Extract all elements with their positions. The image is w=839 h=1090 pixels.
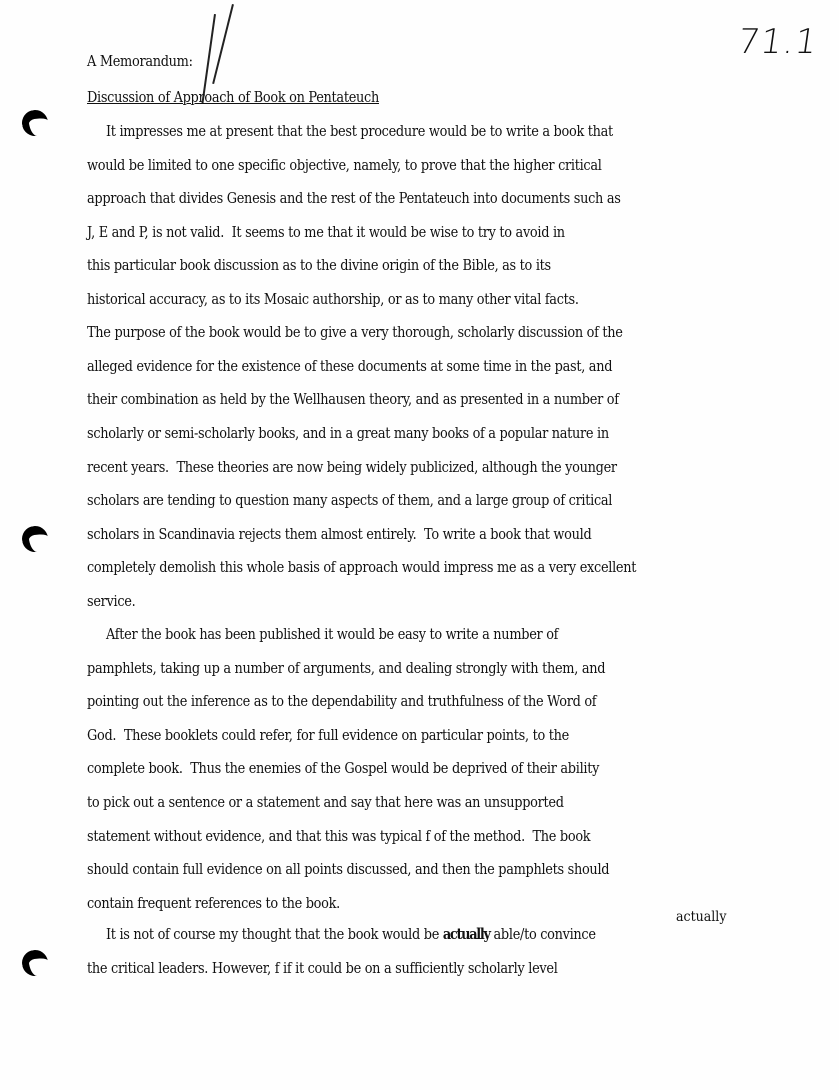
- body-line: God. These booklets could refer, for ful…: [87, 726, 569, 744]
- body-line: It impresses me at present that the best…: [87, 122, 613, 140]
- text-run: able/to convince: [490, 925, 596, 943]
- body-line: statement without evidence, and that thi…: [87, 827, 590, 845]
- body-line: contain frequent references to the book.: [87, 894, 340, 912]
- body-line: to pick out a sentence or a statement an…: [87, 793, 564, 811]
- hole-punch-mark: [20, 108, 50, 138]
- body-line: scholars are tending to question many as…: [87, 491, 612, 509]
- hole-punch-mark: [20, 948, 50, 978]
- body-line: complete book. Thus the enemies of the G…: [87, 759, 599, 777]
- body-line: the critical leaders. However, f if it c…: [87, 959, 558, 977]
- body-line: should contain full evidence on all poin…: [87, 860, 609, 878]
- text-run: It is not of course my thought that the …: [87, 925, 443, 943]
- body-line: pointing out the inference as to the dep…: [87, 692, 596, 710]
- body-line: approach that divides Genesis and the re…: [87, 189, 621, 207]
- body-line: pamphlets, taking up a number of argumen…: [87, 659, 605, 677]
- body-line: It is not of course my thought that the …: [87, 925, 596, 943]
- memo-header: A Memorandum:: [87, 52, 193, 70]
- hole-punch-mark: [20, 524, 50, 554]
- memo-title: Discussion of Approach of Book on Pentat…: [87, 88, 379, 106]
- body-line: J, E and P, is not valid. It seems to me…: [87, 223, 565, 241]
- body-line: historical accuracy, as to its Mosaic au…: [87, 290, 579, 308]
- body-line: would be limited to one specific objecti…: [87, 156, 602, 174]
- body-line: this particular book discussion as to th…: [87, 256, 551, 274]
- body-line: After the book has been published it wou…: [87, 625, 558, 643]
- memorandum-page: 71.1 A Memorandum: Discussion of Approac…: [0, 0, 839, 1090]
- handwritten-insert: actually: [676, 909, 726, 925]
- body-line: their combination as held by the Wellhau…: [87, 390, 619, 408]
- struck-word: actually: [443, 925, 490, 943]
- body-line: scholars in Scandinavia rejects them alm…: [87, 525, 591, 543]
- body-line: The purpose of the book would be to give…: [87, 323, 623, 341]
- body-line: completely demolish this whole basis of …: [87, 558, 636, 576]
- body-line: scholarly or semi-scholarly books, and i…: [87, 424, 609, 442]
- handwritten-page-number: 71.1: [735, 22, 820, 62]
- body-line: recent years. These theories are now bei…: [87, 458, 617, 476]
- body-line: service.: [87, 592, 135, 610]
- body-line: alleged evidence for the existence of th…: [87, 357, 612, 375]
